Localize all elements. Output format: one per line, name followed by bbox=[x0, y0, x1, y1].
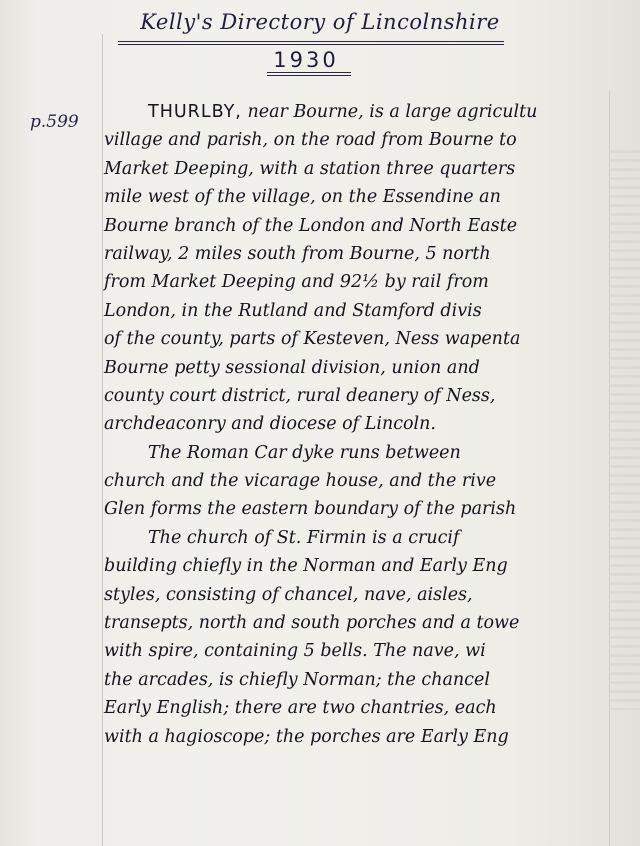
text-line: mile west of the village, on the Essendi… bbox=[104, 183, 640, 211]
page-reference: p.599 bbox=[30, 112, 79, 132]
handwritten-body: THURLBY, near Bourne, is a large agricul… bbox=[104, 98, 640, 751]
text-line: railway, 2 miles south from Bourne, 5 no… bbox=[104, 240, 640, 268]
document-year: 1930 bbox=[266, 48, 346, 72]
text-line: The Roman Car dyke runs between bbox=[104, 439, 640, 467]
text-line: London, in the Rutland and Stamford divi… bbox=[104, 297, 640, 325]
text-line: archdeaconry and diocese of Lincoln. bbox=[104, 410, 640, 438]
text-line: the arcades, is chiefly Norman; the chan… bbox=[104, 666, 640, 694]
manuscript-page: Kelly's Directory of Lincolnshire 1930 p… bbox=[0, 0, 640, 846]
text-line: with spire, containing 5 bells. The nave… bbox=[104, 637, 640, 665]
text-line: styles, consisting of chancel, nave, ais… bbox=[104, 581, 640, 609]
text-line: with a hagioscope; the porches are Early… bbox=[104, 723, 640, 751]
text-line: of the county, parts of Kesteven, Ness w… bbox=[104, 325, 640, 353]
left-margin-rule bbox=[102, 34, 103, 846]
place-name-caps: THURLBY, bbox=[148, 102, 242, 122]
text-line: Bourne petty sessional division, union a… bbox=[104, 354, 640, 382]
text-line: Glen forms the eastern boundary of the p… bbox=[104, 495, 640, 523]
title-double-underline bbox=[118, 41, 504, 45]
text-line: The church of St. Firmin is a crucif bbox=[104, 524, 640, 552]
text-line: county court district, rural deanery of … bbox=[104, 382, 640, 410]
text-line: village and parish, on the road from Bou… bbox=[104, 126, 640, 154]
line-text: near Bourne, is a large agricultu bbox=[247, 102, 537, 122]
text-line: from Market Deeping and 92½ by rail from bbox=[104, 268, 640, 296]
year-double-underline bbox=[267, 72, 351, 76]
document-title: Kelly's Directory of Lincolnshire bbox=[120, 10, 520, 34]
text-line: Early English; there are two chantries, … bbox=[104, 694, 640, 722]
text-line: Bourne branch of the London and North Ea… bbox=[104, 212, 640, 240]
text-line: building chiefly in the Norman and Early… bbox=[104, 552, 640, 580]
text-line: church and the vicarage house, and the r… bbox=[104, 467, 640, 495]
text-line: THURLBY, near Bourne, is a large agricul… bbox=[104, 98, 640, 126]
text-line: Market Deeping, with a station three qua… bbox=[104, 155, 640, 183]
text-line: transepts, north and south porches and a… bbox=[104, 609, 640, 637]
